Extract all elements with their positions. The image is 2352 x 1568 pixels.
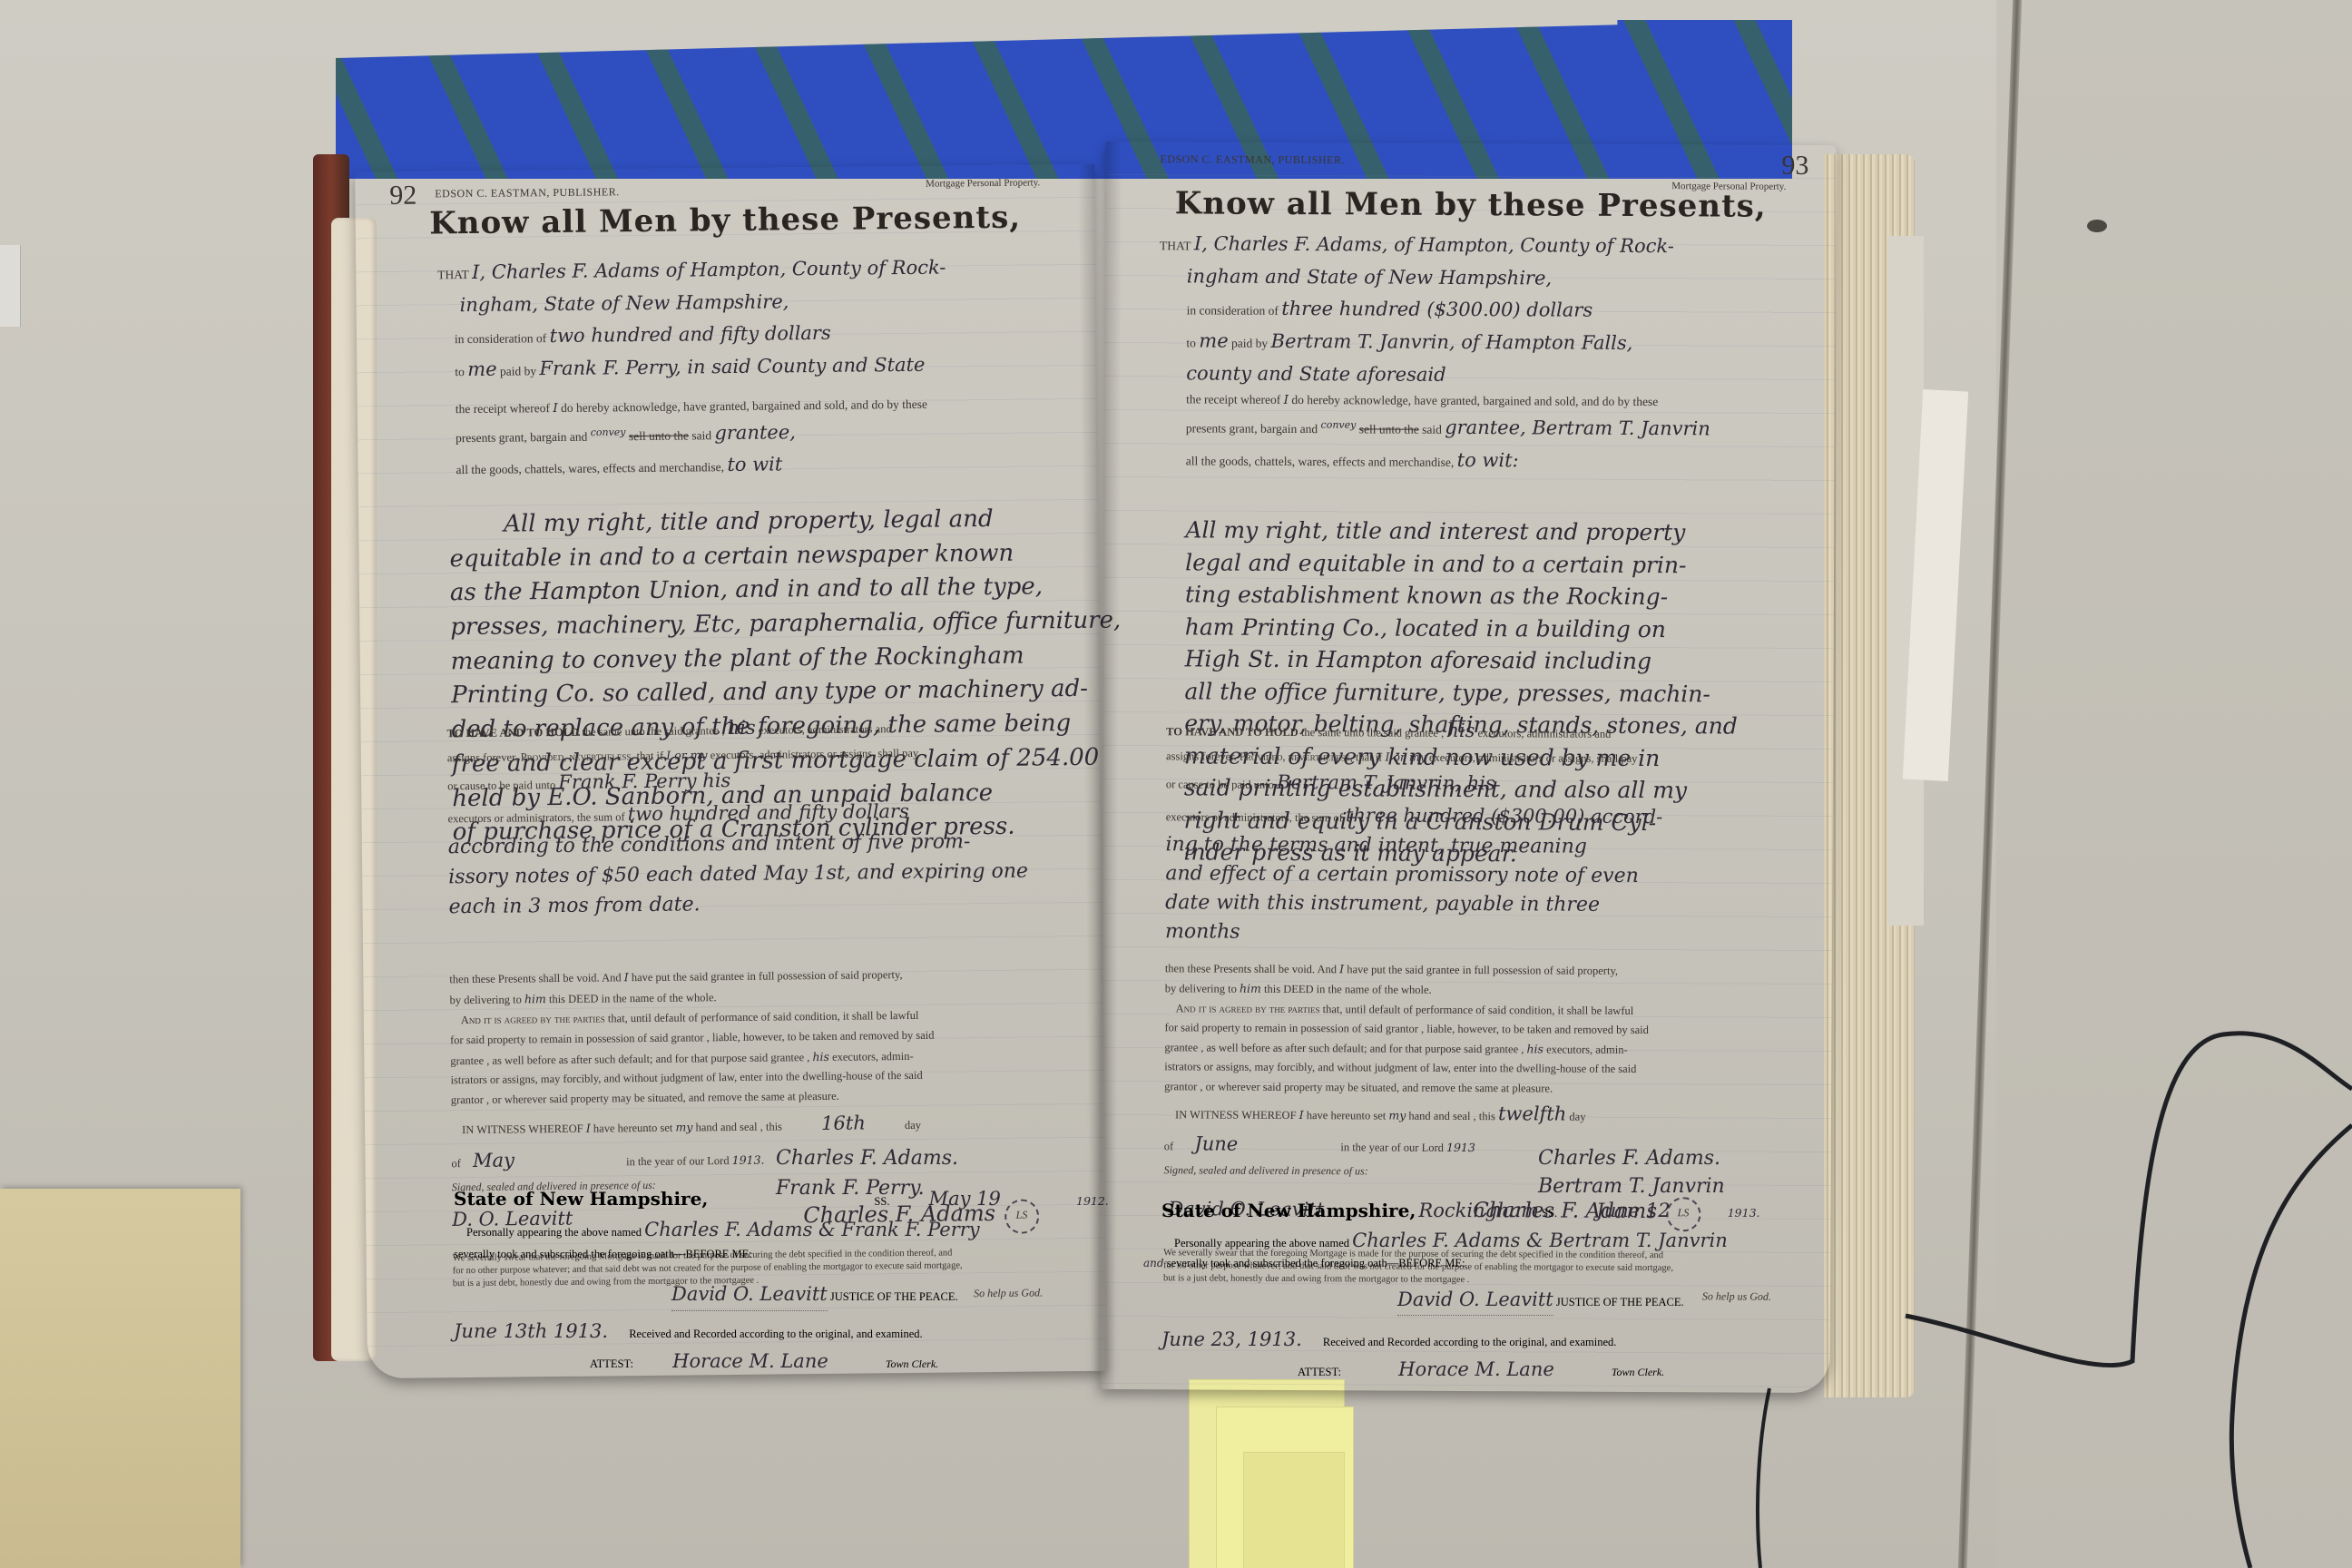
consideration-value: two hundred and fifty dollars	[549, 322, 830, 347]
day-value: 16th	[821, 1112, 866, 1135]
agreement-text: grantee , as well before as after such d…	[1164, 1041, 1524, 1055]
grant-hand: grantee, Bertram T. Janvrin	[1445, 416, 1710, 440]
consideration-label: in consideration of	[455, 331, 546, 346]
appearing-names: Charles F. Adams & Bertram T. Janvrin	[1352, 1230, 1728, 1251]
grant-insert: convey	[1321, 419, 1357, 431]
to-have-and-hold: TO HAVE AND TO HOLD	[1166, 725, 1298, 739]
i-or-my-hand: I or my	[666, 748, 707, 761]
year-label: in the year of our Lord	[626, 1154, 730, 1168]
year-label: in the year of our Lord	[1340, 1142, 1444, 1155]
grantor-line-1: I, Charles F. Adams, of Hampton, County …	[1194, 232, 1674, 257]
clerk-signature: Horace M. Lane	[672, 1350, 828, 1372]
habendum-text: executors, administrators and	[759, 722, 892, 737]
grantor-section: THAT I, Charles F. Adams, of Hampton, Co…	[1159, 228, 1813, 479]
payee-hand: Bertram T. Janvrin, his	[1277, 771, 1495, 794]
grantor-section: THAT I, Charles F. Adams of Hampton, Cou…	[437, 250, 1075, 485]
month-value: May	[473, 1149, 514, 1171]
grantor-line-2: ingham, State of New Hampshire,	[459, 290, 789, 316]
habendum-text: that if	[1356, 750, 1383, 763]
justice-title: JUSTICE OF THE PEACE.	[830, 1290, 958, 1303]
oath-signatures-right: Charles F. Adams. Bertram T. Janvrin	[1538, 1145, 1725, 1201]
paid-by-label: paid by	[1231, 337, 1268, 350]
habendum-text: executors, administrators or assigns, sh…	[1429, 750, 1638, 764]
form-headline: Know all Men by these Presents,	[355, 199, 1094, 243]
habendum-section: TO HAVE AND TO HOLD the same unto the sa…	[446, 709, 1074, 923]
void-text: by delivering to	[450, 993, 522, 1006]
habendum-text: or cause to be paid unto	[1166, 778, 1274, 791]
void-text: then these Presents shall be void. And	[1165, 962, 1337, 975]
grant-struck: sell unto the	[1359, 423, 1419, 436]
recorded-label: Received and Recorded according to the o…	[1323, 1336, 1617, 1348]
glass-edge	[0, 245, 21, 327]
habendum-text: executors, administrators or assigns, sh…	[710, 747, 919, 761]
ss-label: SS.	[874, 1195, 889, 1208]
receipt-label: the receipt whereof	[1186, 393, 1280, 407]
condition-text: ing to the terms and intent, true meanin…	[1165, 831, 1810, 950]
consideration-value: three hundred ($300.00) dollars	[1281, 298, 1592, 321]
took-oath-label: severally took and subscribed the forego…	[454, 1245, 1080, 1263]
day-value: twelfth	[1498, 1102, 1566, 1124]
sum-hand: two hundred and fifty dollars	[628, 800, 909, 825]
paid-by-value: Bertram T. Janvrin, of Hampton Falls,	[1271, 330, 1633, 354]
provided-label: Provided, nevertheless,	[1240, 750, 1353, 763]
paid-by-value-cont: county and State aforesaid	[1186, 362, 1445, 385]
witness-text: have hereunto set	[1307, 1109, 1387, 1122]
grantor-line-2: ingham and State of New Hampshire,	[1187, 265, 1552, 289]
attest-label: ATTEST:	[590, 1357, 633, 1370]
me-hand: me	[1199, 330, 1228, 352]
grant-label: presents grant, bargain and	[456, 429, 587, 445]
year-value: 1913	[1446, 1141, 1475, 1154]
witness-label: IN WITNESS WHEREOF	[462, 1122, 583, 1136]
habendum-text: assigns forever.	[1166, 750, 1237, 762]
jurat-left: State of New Hampshire, SS. May 19 1912.…	[454, 1184, 1080, 1377]
i-or-my-hand: I or my	[1385, 750, 1426, 763]
goods-label: all the goods, chattels, wares, effects …	[456, 460, 724, 476]
habendum-text: that if	[637, 749, 664, 761]
me-hand: me	[467, 358, 497, 380]
habendum-text: the same unto the said grantee ,	[582, 724, 724, 739]
his-hand: his	[728, 717, 756, 739]
day-label: day	[1569, 1110, 1585, 1122]
receipt-hand: I	[1284, 393, 1289, 407]
desk-grommet-hole	[2087, 220, 2107, 232]
justice-title: JUSTICE OF THE PEACE.	[1556, 1296, 1684, 1308]
recorded-date: June 23, 1913.	[1161, 1328, 1302, 1350]
receipt-text: do hereby acknowledge, have granted, bar…	[561, 397, 927, 414]
month-value: June	[1194, 1133, 1238, 1155]
oath-year: 1913.	[1728, 1206, 1760, 1220]
grantor-line-1: I, Charles F. Adams of Hampton, County o…	[472, 256, 946, 282]
void-text: then these Presents shall be void. And	[449, 971, 621, 985]
habendum-text: the same unto the said grantee ,	[1301, 726, 1444, 740]
him-hand: him	[1240, 982, 1261, 995]
ss-label: SS.	[1542, 1207, 1557, 1220]
void-text: this DEED in the name of the whole.	[1264, 983, 1432, 996]
condition-line: months	[1165, 917, 1809, 950]
void-text: have put the said grantee in full posses…	[1347, 963, 1618, 977]
manila-folder	[0, 1189, 240, 1568]
oath-date: May 19	[929, 1188, 1001, 1210]
description-line: legal and equitable in and to a certain …	[1185, 546, 1820, 582]
clerk-title: Town Clerk.	[1612, 1366, 1664, 1378]
that-label: THAT	[437, 268, 469, 281]
publisher-label: EDSON C. EASTMAN, PUBLISHER.	[1160, 152, 1344, 167]
receipt-label: the receipt whereof	[456, 401, 550, 416]
of-label: of	[451, 1157, 461, 1170]
that-label: THAT	[1160, 239, 1191, 252]
receipt-hand: I	[553, 401, 558, 416]
paid-by-label: paid by	[500, 364, 536, 377]
conditions-section: then these Presents shall be void. And I…	[449, 963, 1078, 1197]
habendum-section: TO HAVE AND TO HOLD the same unto the sa…	[1165, 713, 1810, 950]
margin-note: and	[1143, 1257, 1164, 1269]
condition-line: and effect of a certain promissory note …	[1165, 859, 1809, 892]
witness-text: hand and seal , this	[695, 1121, 782, 1134]
payee-hand: Frank F. Perry his	[558, 769, 730, 793]
agreement-text: grantee , as well before as after such d…	[450, 1051, 809, 1067]
year-value: 1913.	[732, 1153, 765, 1167]
to-label: to	[455, 365, 465, 378]
agreement-text: executors, admin-	[1546, 1043, 1628, 1055]
condition-text: according to the conditions and intent o…	[448, 826, 1075, 922]
state-heading: State of New Hampshire,	[1161, 1200, 1416, 1221]
description-line: ham Printing Co., located in a building …	[1185, 611, 1820, 646]
recorded-date: June 13th 1913.	[454, 1320, 608, 1342]
witness-text: have hereunto set	[593, 1122, 673, 1135]
grant-hand: grantee,	[714, 421, 796, 444]
agreed-label: And it is agreed by the parties	[461, 1012, 605, 1026]
appearing-label: Personally appearing the above named	[466, 1226, 642, 1239]
to-label: to	[1186, 336, 1196, 349]
his-hand: his	[1446, 720, 1475, 741]
condition-line: ing to the terms and intent, true meanin…	[1165, 831, 1809, 864]
appearing-names: Charles F. Adams & Frank F. Perry	[644, 1219, 980, 1240]
provided-label: Provided, nevertheless,	[521, 750, 634, 763]
justice-signature: David O. Leavitt	[671, 1279, 828, 1311]
clerk-signature: Horace M. Lane	[1398, 1358, 1554, 1380]
witness-label: IN WITNESS WHEREOF	[1175, 1108, 1297, 1122]
description-line: High St. in Hampton aforesaid including	[1185, 642, 1820, 678]
description-line: ting establishment known as the Rocking-	[1185, 578, 1820, 613]
jurat-right: State of New Hampshire, Rockingham SS. J…	[1143, 1196, 1833, 1384]
habendum-text: executors, administrators and	[1477, 727, 1611, 740]
witness-hand: I	[1299, 1108, 1304, 1122]
appearing-label: Personally appearing the above named	[1174, 1237, 1349, 1249]
day-label: day	[905, 1119, 921, 1132]
county-hand: Rockingham	[1418, 1200, 1539, 1221]
consideration-label: in consideration of	[1187, 304, 1279, 318]
my-hand: my	[1388, 1108, 1406, 1122]
agreement-text: that, until default of performance of sa…	[1323, 1003, 1634, 1017]
oath-signature: Charles F. Adams.	[1538, 1145, 1725, 1173]
page-number: 93	[1781, 151, 1808, 181]
him-hand: him	[524, 992, 546, 1005]
receipt-text: do hereby acknowledge, have granted, bar…	[1291, 393, 1658, 408]
witness-text: hand and seal , this	[1408, 1109, 1495, 1122]
grant-struck: sell unto the	[629, 428, 689, 443]
witness-hand: I	[586, 1122, 591, 1135]
habendum-text: executors or administrators, the sum of	[447, 810, 624, 825]
publisher-label: EDSON C. EASTMAN, PUBLISHER.	[435, 185, 620, 201]
habendum-text: or cause to be paid unto	[447, 779, 555, 792]
sum-hand: three hundred ($300.00) accord-	[1346, 804, 1662, 828]
attest-label: ATTEST:	[1298, 1366, 1341, 1378]
took-oath-label: severally took and subscribed the forego…	[1167, 1257, 1465, 1269]
grant-said: said	[1422, 423, 1442, 436]
his-hand: his	[812, 1049, 829, 1063]
agreed-label: And it is agreed by the parties	[1176, 1002, 1320, 1015]
sticky-notes	[1189, 1379, 1552, 1568]
description-line: all the office furniture, type, presses,…	[1184, 675, 1819, 710]
form-type-label: Mortgage Personal Property.	[926, 177, 1040, 189]
agreement-text: executors, admin-	[832, 1049, 914, 1063]
to-have-and-hold: TO HAVE AND TO HOLD	[446, 726, 579, 740]
state-heading: State of New Hampshire,	[454, 1188, 708, 1210]
goods-label: all the goods, chattels, wares, effects …	[1186, 454, 1455, 469]
form-headline: Know all Men by these Presents,	[1105, 185, 1836, 225]
agreement-text: istrators or assigns, may forcibly, and …	[1164, 1058, 1808, 1081]
void-text: this DEED in the name of the whole.	[549, 991, 717, 1005]
of-label: of	[1164, 1141, 1173, 1153]
description-line: All my right, title and interest and pro…	[1185, 514, 1820, 549]
oath-signature: Charles F. Adams.	[776, 1143, 958, 1173]
justice-signature: David O. Leavitt	[1397, 1285, 1553, 1316]
void-text: have put the said grantee in full posses…	[632, 968, 903, 984]
oath-date: June 12	[1596, 1200, 1670, 1221]
his-hand: his	[1526, 1042, 1543, 1055]
to-wit-hand: to wit	[727, 454, 782, 476]
void-hand: I	[624, 970, 629, 984]
recorded-label: Received and Recorded according to the o…	[629, 1328, 923, 1340]
clerk-title: Town Clerk.	[886, 1357, 938, 1370]
paid-by-value: Frank F. Perry, in said County and State	[539, 354, 925, 379]
to-wit-hand: to wit:	[1457, 449, 1519, 471]
grant-insert: convey	[591, 426, 626, 437]
habendum-text: executors or administrators, the sum of	[1166, 810, 1343, 824]
grant-label: presents grant, bargain and	[1186, 422, 1318, 436]
condition-line: each in 3 mos from date.	[448, 886, 1074, 922]
void-hand: I	[1339, 962, 1344, 975]
grant-said: said	[691, 428, 711, 442]
my-hand: my	[675, 1121, 692, 1134]
desk-surface-right	[1996, 0, 2352, 1568]
condition-line: date with this instrument, payable in th…	[1165, 888, 1809, 921]
habendum-text: assigns forever.	[447, 750, 518, 764]
agreement-text: that, until default of performance of sa…	[608, 1009, 919, 1025]
void-text: by delivering to	[1165, 983, 1237, 995]
